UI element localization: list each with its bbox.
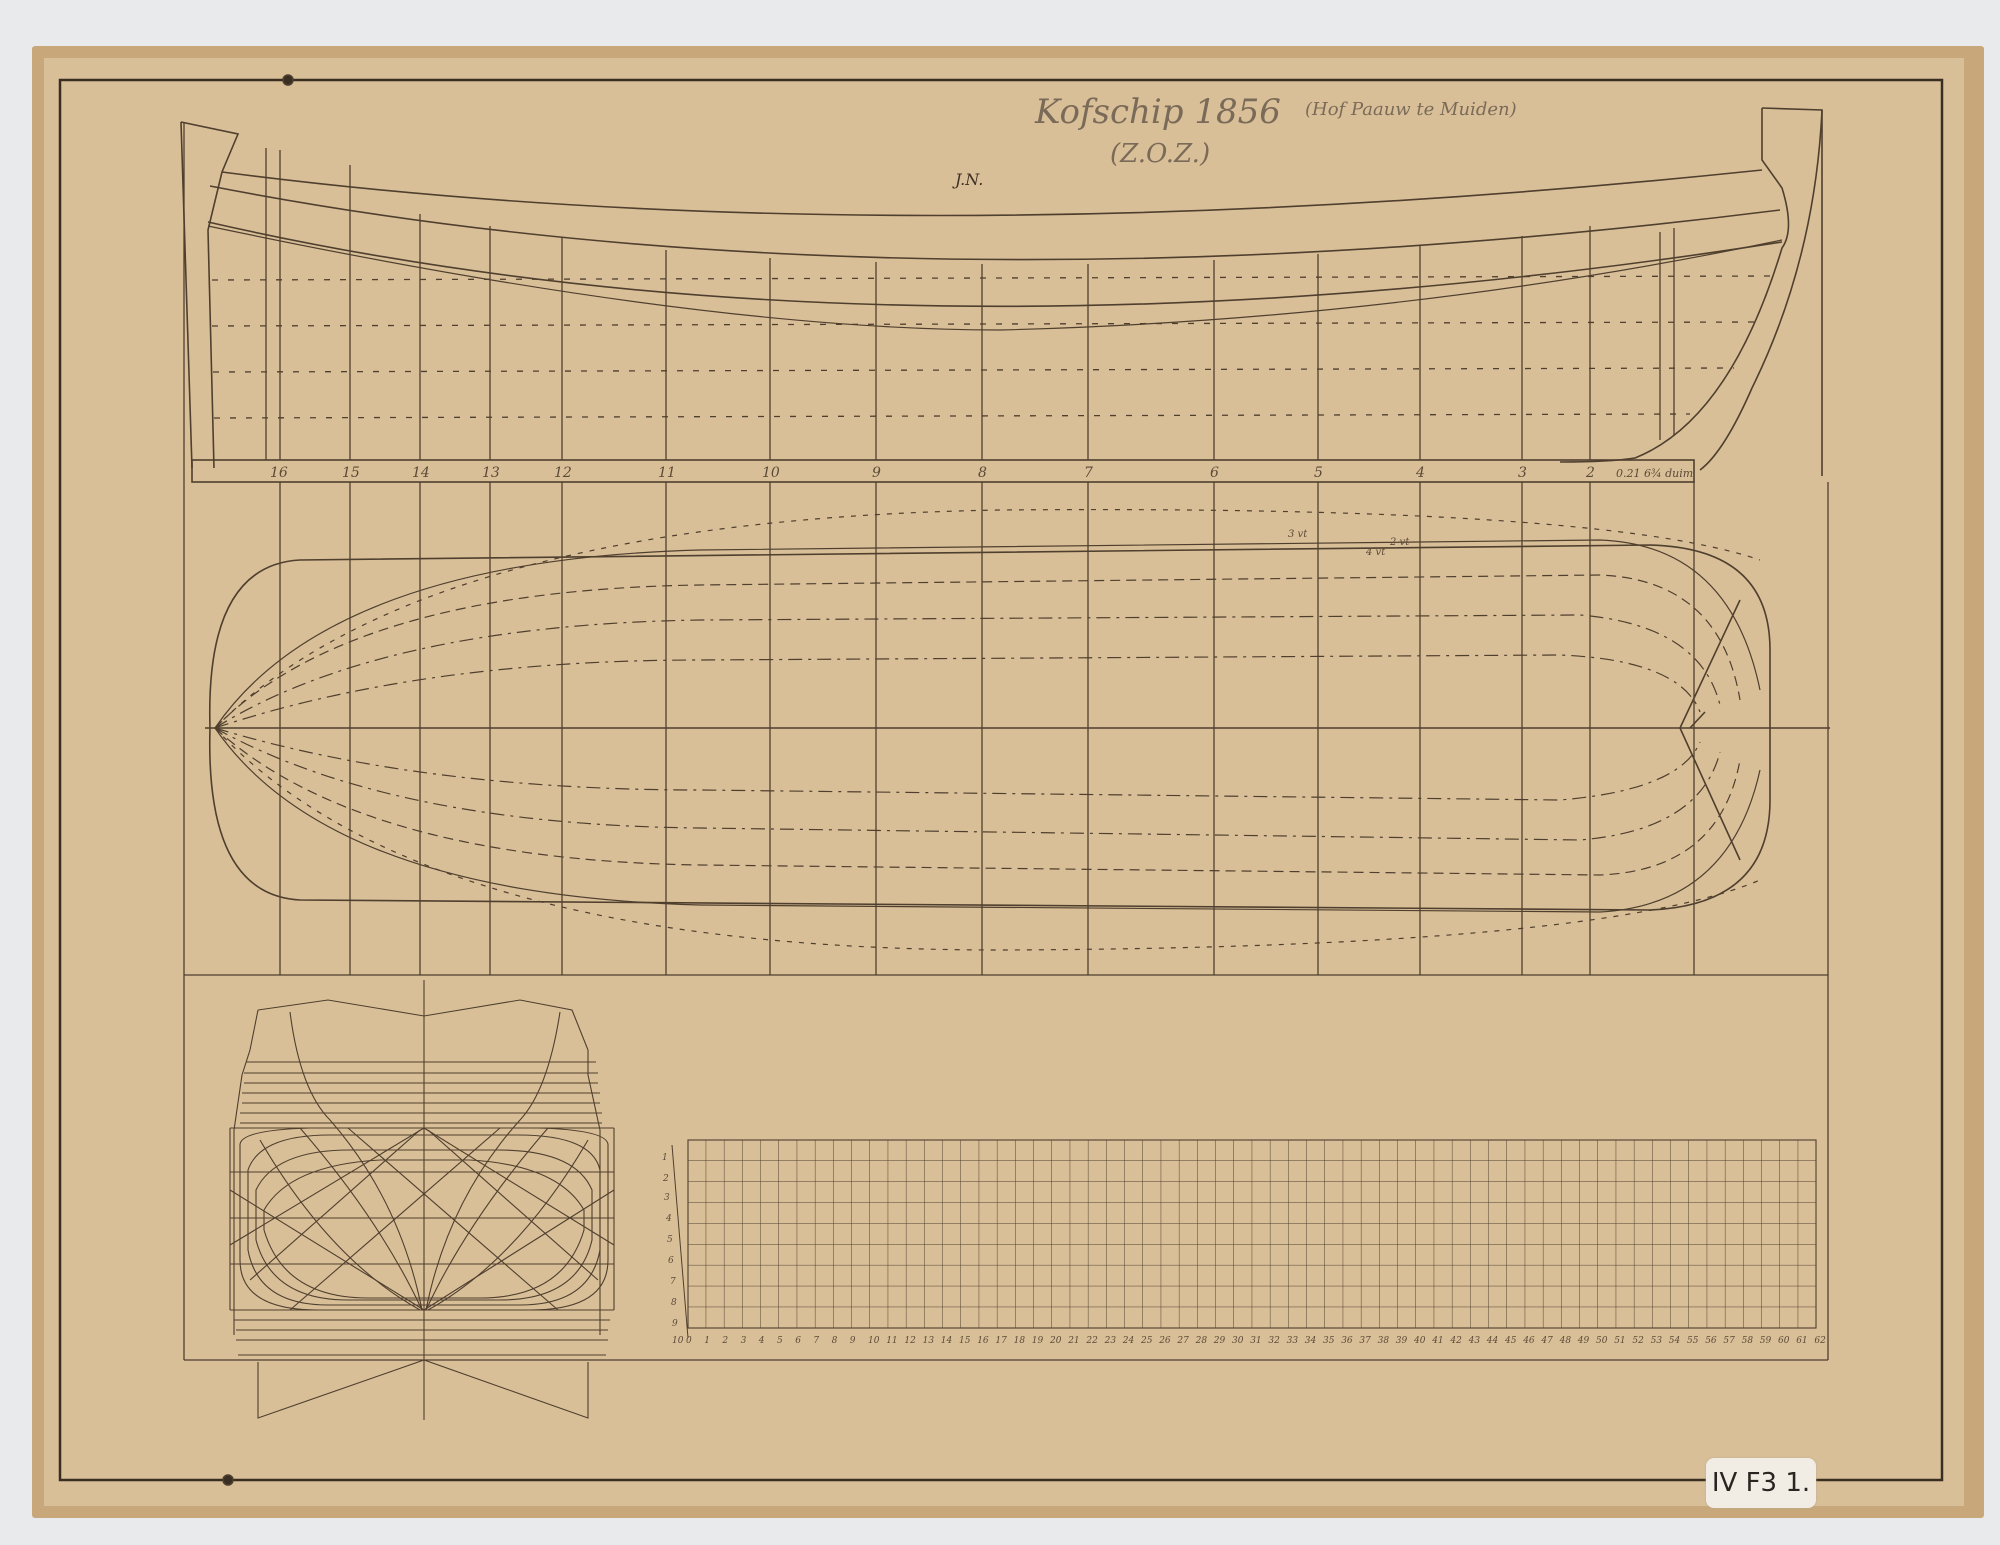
svg-text:8: 8 [671,1298,677,1308]
scale-grid-cells [688,1140,1816,1328]
scale-axis-tick-label: 12 [904,1336,916,1346]
svg-text:9: 9 [872,465,881,481]
svg-text:10: 10 [672,1336,684,1346]
scale-axis-tick-label: 20 [1049,1336,1062,1346]
scale-axis-tick-label: 53 [1651,1336,1663,1346]
scale-axis-tick-label: 13 [923,1336,935,1346]
scale-axis-tick-label: 52 [1632,1336,1644,1346]
scale-axis-tick-label: 7 [813,1336,819,1346]
scale-axis-tick-label: 31 [1250,1336,1261,1346]
scale-axis-tick-label: 45 [1504,1336,1517,1346]
ship-lines-plan: 16 15 14 13 12 11 10 9 8 7 6 5 4 3 2 0.2… [0,0,2000,1545]
svg-text:7: 7 [670,1277,676,1287]
scale-axis-tick-label: 22 [1085,1336,1098,1346]
svg-text:2: 2 [662,1174,669,1184]
scale-axis-tick-label: 27 [1176,1336,1189,1346]
scale-axis-tick-label: 11 [886,1336,897,1346]
scale-axis-tick-label: 43 [1468,1336,1481,1346]
scale-axis-tick-label: 49 [1577,1336,1590,1346]
scale-axis-tick-label: 26 [1158,1336,1171,1346]
scale-axis-tick-label: 50 [1596,1336,1608,1346]
scale-axis-tick-label: 42 [1449,1336,1462,1346]
svg-text:16: 16 [270,465,288,481]
svg-text:15: 15 [342,465,360,481]
keel-note: 0.21 6¾ duim [1616,467,1693,480]
scale-axis-tick-label: 10 [868,1336,880,1346]
scale-axis-tick-label: 24 [1122,1336,1135,1346]
scale-axis-tick-label: 4 [758,1336,765,1346]
scale-axis-tick-label: 9 [850,1336,856,1346]
scale-axis-tick-label: 15 [959,1336,971,1346]
svg-text:11: 11 [658,465,676,481]
svg-text:10: 10 [762,465,780,481]
scale-axis-tick-label: 2 [721,1336,728,1346]
scale-axis-tick-label: 60 [1778,1336,1790,1346]
scale-axis-tick-label: 19 [1032,1336,1044,1346]
scale-axis-tick-label: 14 [941,1336,953,1346]
svg-text:2: 2 [1585,465,1595,481]
scale-axis-tick-label: 47 [1540,1336,1553,1346]
svg-text:3: 3 [1518,465,1527,481]
scale-axis-tick-label: 41 [1431,1336,1443,1346]
scale-axis-tick-label: 59 [1760,1336,1772,1346]
svg-text:8: 8 [978,465,987,481]
profile-view [181,108,1822,482]
scale-axis-tick-label: 62 [1814,1336,1826,1346]
scale-axis-tick-label: 30 [1232,1336,1244,1346]
scale-axis-tick-label: 0 [686,1336,692,1346]
svg-text:5: 5 [667,1235,673,1245]
scale-bottom-labels: 0123456789101112131415161718192021222324… [686,1336,1826,1346]
scale-axis-tick-label: 8 [832,1336,838,1346]
svg-text:2 vt: 2 vt [1389,537,1410,548]
scale-axis-tick-label: 61 [1796,1336,1807,1346]
scale-axis-tick-label: 5 [777,1336,783,1346]
scale-axis-tick-label: 28 [1195,1336,1208,1346]
scale-axis-tick-label: 35 [1323,1336,1335,1346]
scale-axis-tick-label: 51 [1614,1336,1625,1346]
svg-text:6: 6 [668,1256,674,1266]
scale-axis-tick-label: 40 [1413,1336,1426,1346]
signature: J.N. [952,170,983,189]
svg-text:5: 5 [1314,465,1323,481]
svg-text:13: 13 [482,465,500,481]
scale-axis-tick-label: 16 [977,1336,989,1346]
svg-text:1: 1 [662,1153,668,1163]
scale-axis-tick-label: 29 [1213,1336,1226,1346]
scale-axis-tick-label: 55 [1687,1336,1699,1346]
scale-axis-tick-label: 58 [1742,1336,1754,1346]
svg-text:7: 7 [1084,465,1093,481]
svg-text:14: 14 [412,465,430,481]
svg-text:4 vt: 4 vt [1365,547,1386,558]
scale-axis-tick-label: 54 [1669,1336,1681,1346]
svg-text:9: 9 [672,1319,678,1329]
scale-axis-tick-label: 44 [1486,1336,1499,1346]
drawing-title-note: (Hof Paauw te Muiden) [1305,99,1517,120]
scale-axis-tick-label: 21 [1067,1336,1079,1346]
scale-axis-tick-label: 56 [1705,1336,1717,1346]
scale-axis-tick-label: 25 [1140,1336,1153,1346]
scale-axis-tick-label: 18 [1014,1336,1026,1346]
svg-text:3 vt: 3 vt [1288,529,1308,540]
drawing-subtitle: (Z.O.Z.) [1110,139,1210,169]
scale-axis-tick-label: 23 [1104,1336,1117,1346]
scale-axis-tick-label: 32 [1268,1336,1280,1346]
svg-text:6: 6 [1210,465,1219,481]
archive-label: IV F3 1. [1706,1458,1816,1508]
svg-text:4: 4 [1415,465,1425,481]
svg-text:4: 4 [665,1214,672,1224]
scale-axis-tick-label: 39 [1396,1336,1408,1346]
svg-text:12: 12 [554,465,572,481]
scale-axis-tick-label: 1 [704,1336,710,1346]
drawing-title: Kofschip 1856 [1034,92,1281,132]
body-plan [230,980,614,1420]
scale-axis-tick-label: 33 [1287,1336,1299,1346]
scale-axis-tick-label: 34 [1305,1336,1317,1346]
scale-axis-tick-label: 46 [1522,1336,1535,1346]
svg-text:3: 3 [664,1193,670,1203]
scale-axis-tick-label: 57 [1723,1336,1735,1346]
scale-axis-tick-label: 6 [795,1336,801,1346]
scale-axis-tick-label: 38 [1378,1336,1390,1346]
half-breadth-plan [205,510,1830,950]
scale-axis-tick-label: 36 [1341,1336,1353,1346]
scale-axis-tick-label: 37 [1359,1336,1371,1346]
scale-axis-tick-label: 17 [995,1336,1007,1346]
scale-axis-tick-label: 48 [1559,1336,1572,1346]
scale-axis-tick-label: 3 [741,1336,747,1346]
station-labels: 16 15 14 13 12 11 10 9 8 7 6 5 4 3 2 0.2… [270,465,1693,481]
